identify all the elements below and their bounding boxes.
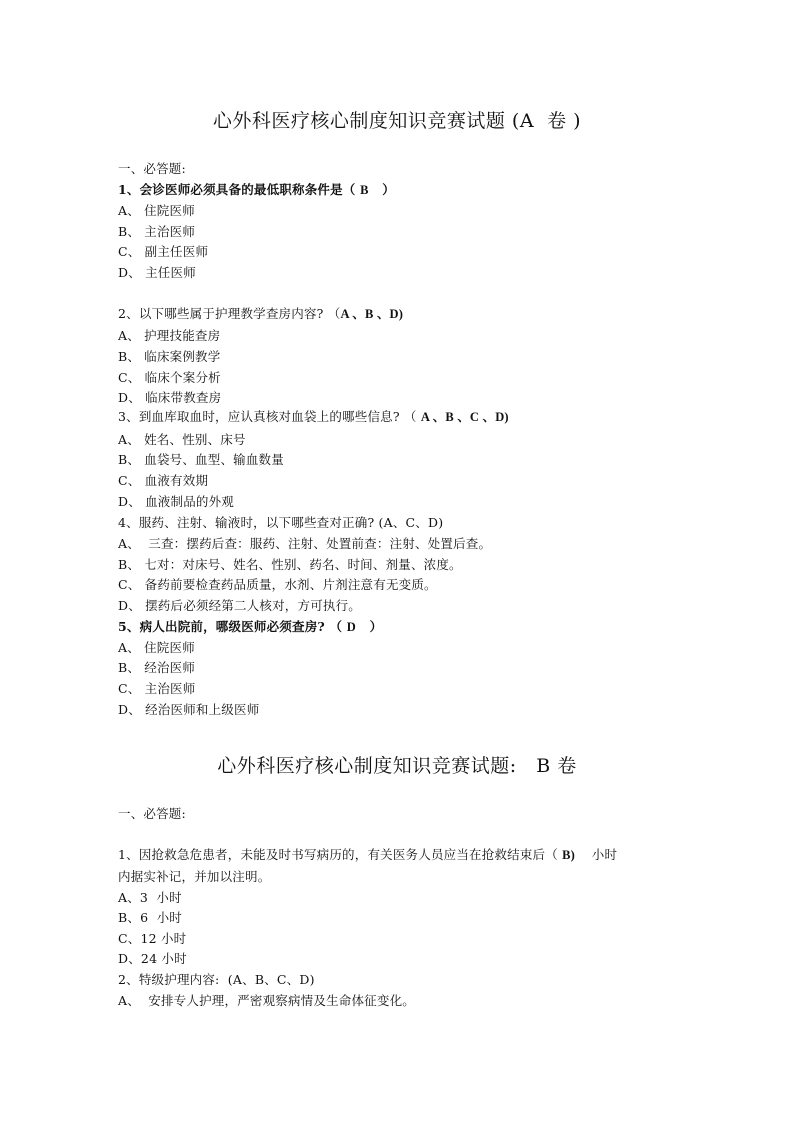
- option: D、 经治医师和上级医师: [118, 702, 259, 718]
- question-stem: 1、因抢救急危患者，未能及时书写病历的，有关医务人员应当在抢救结束后（ B) 小…: [118, 847, 617, 863]
- option: A、 住院医师: [118, 203, 195, 219]
- question-text: 1、会诊医师必须具备的最低职称条件是（: [118, 182, 360, 197]
- answer-key: A 、B 、D): [340, 307, 403, 321]
- option: B、 主治医师: [118, 224, 195, 240]
- option: D、 主任医师: [118, 265, 196, 281]
- option: D、 摆药后必须经第二人核对，方可执行。: [118, 598, 361, 614]
- option: B、 七对：对床号、姓名、性别、药名、时间、剂量、浓度。: [118, 557, 462, 573]
- paper-a-title: 心外科医疗核心制度知识竞赛试题 (A 卷 ): [0, 106, 794, 133]
- option: D、24 小时: [118, 951, 187, 967]
- question-text: 3、到血库取血时，应认真核对血袋上的哪些信息? （: [118, 409, 421, 424]
- question-stem-continued: 内据实补记，并加以注明。: [118, 869, 270, 885]
- option: A、3 小时: [118, 890, 182, 906]
- option: C、 血液有效期: [118, 473, 208, 489]
- question-stem: 5、病人出院前，哪级医师必须查房? （ D ）: [118, 619, 382, 635]
- document-page: 心外科医疗核心制度知识竞赛试题 (A 卷 ) 一、必答题: 1、会诊医师必须具备…: [0, 0, 794, 1122]
- question-text-tail: 小时: [575, 847, 617, 862]
- paper-a-section-heading: 一、必答题:: [118, 161, 186, 177]
- answer-key: A 、B 、C 、D): [421, 410, 509, 424]
- question-stem: 1、会诊医师必须具备的最低职称条件是（ B ）: [118, 182, 395, 198]
- paper-b-title: 心外科医疗核心制度知识竞赛试题: B 卷: [0, 751, 794, 778]
- answer-key: D: [347, 620, 356, 634]
- option: A、 三查：摆药后查：服药、注射、处置前查：注射、处置后查。: [118, 536, 491, 552]
- option: D、 血液制品的外观: [118, 494, 234, 510]
- question-text: 5、病人出院前，哪级医师必须查房? （: [118, 619, 347, 634]
- option: C、 主治医师: [118, 681, 195, 697]
- option: B、 经治医师: [118, 660, 195, 676]
- option: A、 住院医师: [118, 640, 195, 656]
- answer-key: B: [360, 183, 369, 197]
- option: C、12 小时: [118, 931, 186, 947]
- option: C、 临床个案分析: [118, 370, 221, 386]
- answer-key: B): [562, 848, 575, 862]
- question-text: 1、因抢救急危患者，未能及时书写病历的，有关医务人员应当在抢救结束后（: [118, 847, 562, 862]
- option: C、 副主任医师: [118, 244, 208, 260]
- question-stem: 3、到血库取血时，应认真核对血袋上的哪些信息? （ A 、B 、C 、D): [118, 409, 509, 425]
- question-text-tail: ）: [356, 619, 382, 634]
- option: A、 安排专人护理，严密观察病情及生命体征变化。: [118, 993, 415, 1009]
- question-text-tail: ）: [369, 182, 395, 197]
- question-text: 2、以下哪些属于护理教学查房内容? （: [118, 306, 340, 321]
- option: A、 姓名、性别、床号: [118, 432, 246, 448]
- paper-b-section-heading: 一、必答题:: [118, 806, 186, 822]
- question-stem: 2、以下哪些属于护理教学查房内容? （A 、B 、D): [118, 306, 403, 322]
- option: A、 护理技能查房: [118, 328, 220, 344]
- option: B、 临床案例教学: [118, 349, 220, 365]
- question-stem: 4、服药、注射、输液时，以下哪些查对正确? (A、C、D): [118, 515, 443, 531]
- option: D、 临床带教查房: [118, 390, 221, 406]
- question-stem: 2、特级护理内容: (A、B、C、D): [118, 972, 315, 988]
- option: B、 血袋号、血型、输血数量: [118, 452, 284, 468]
- option: B、6 小时: [118, 910, 182, 926]
- option: C、 备药前要检查药品质量，水剂、片剂注意有无变质。: [118, 577, 437, 593]
